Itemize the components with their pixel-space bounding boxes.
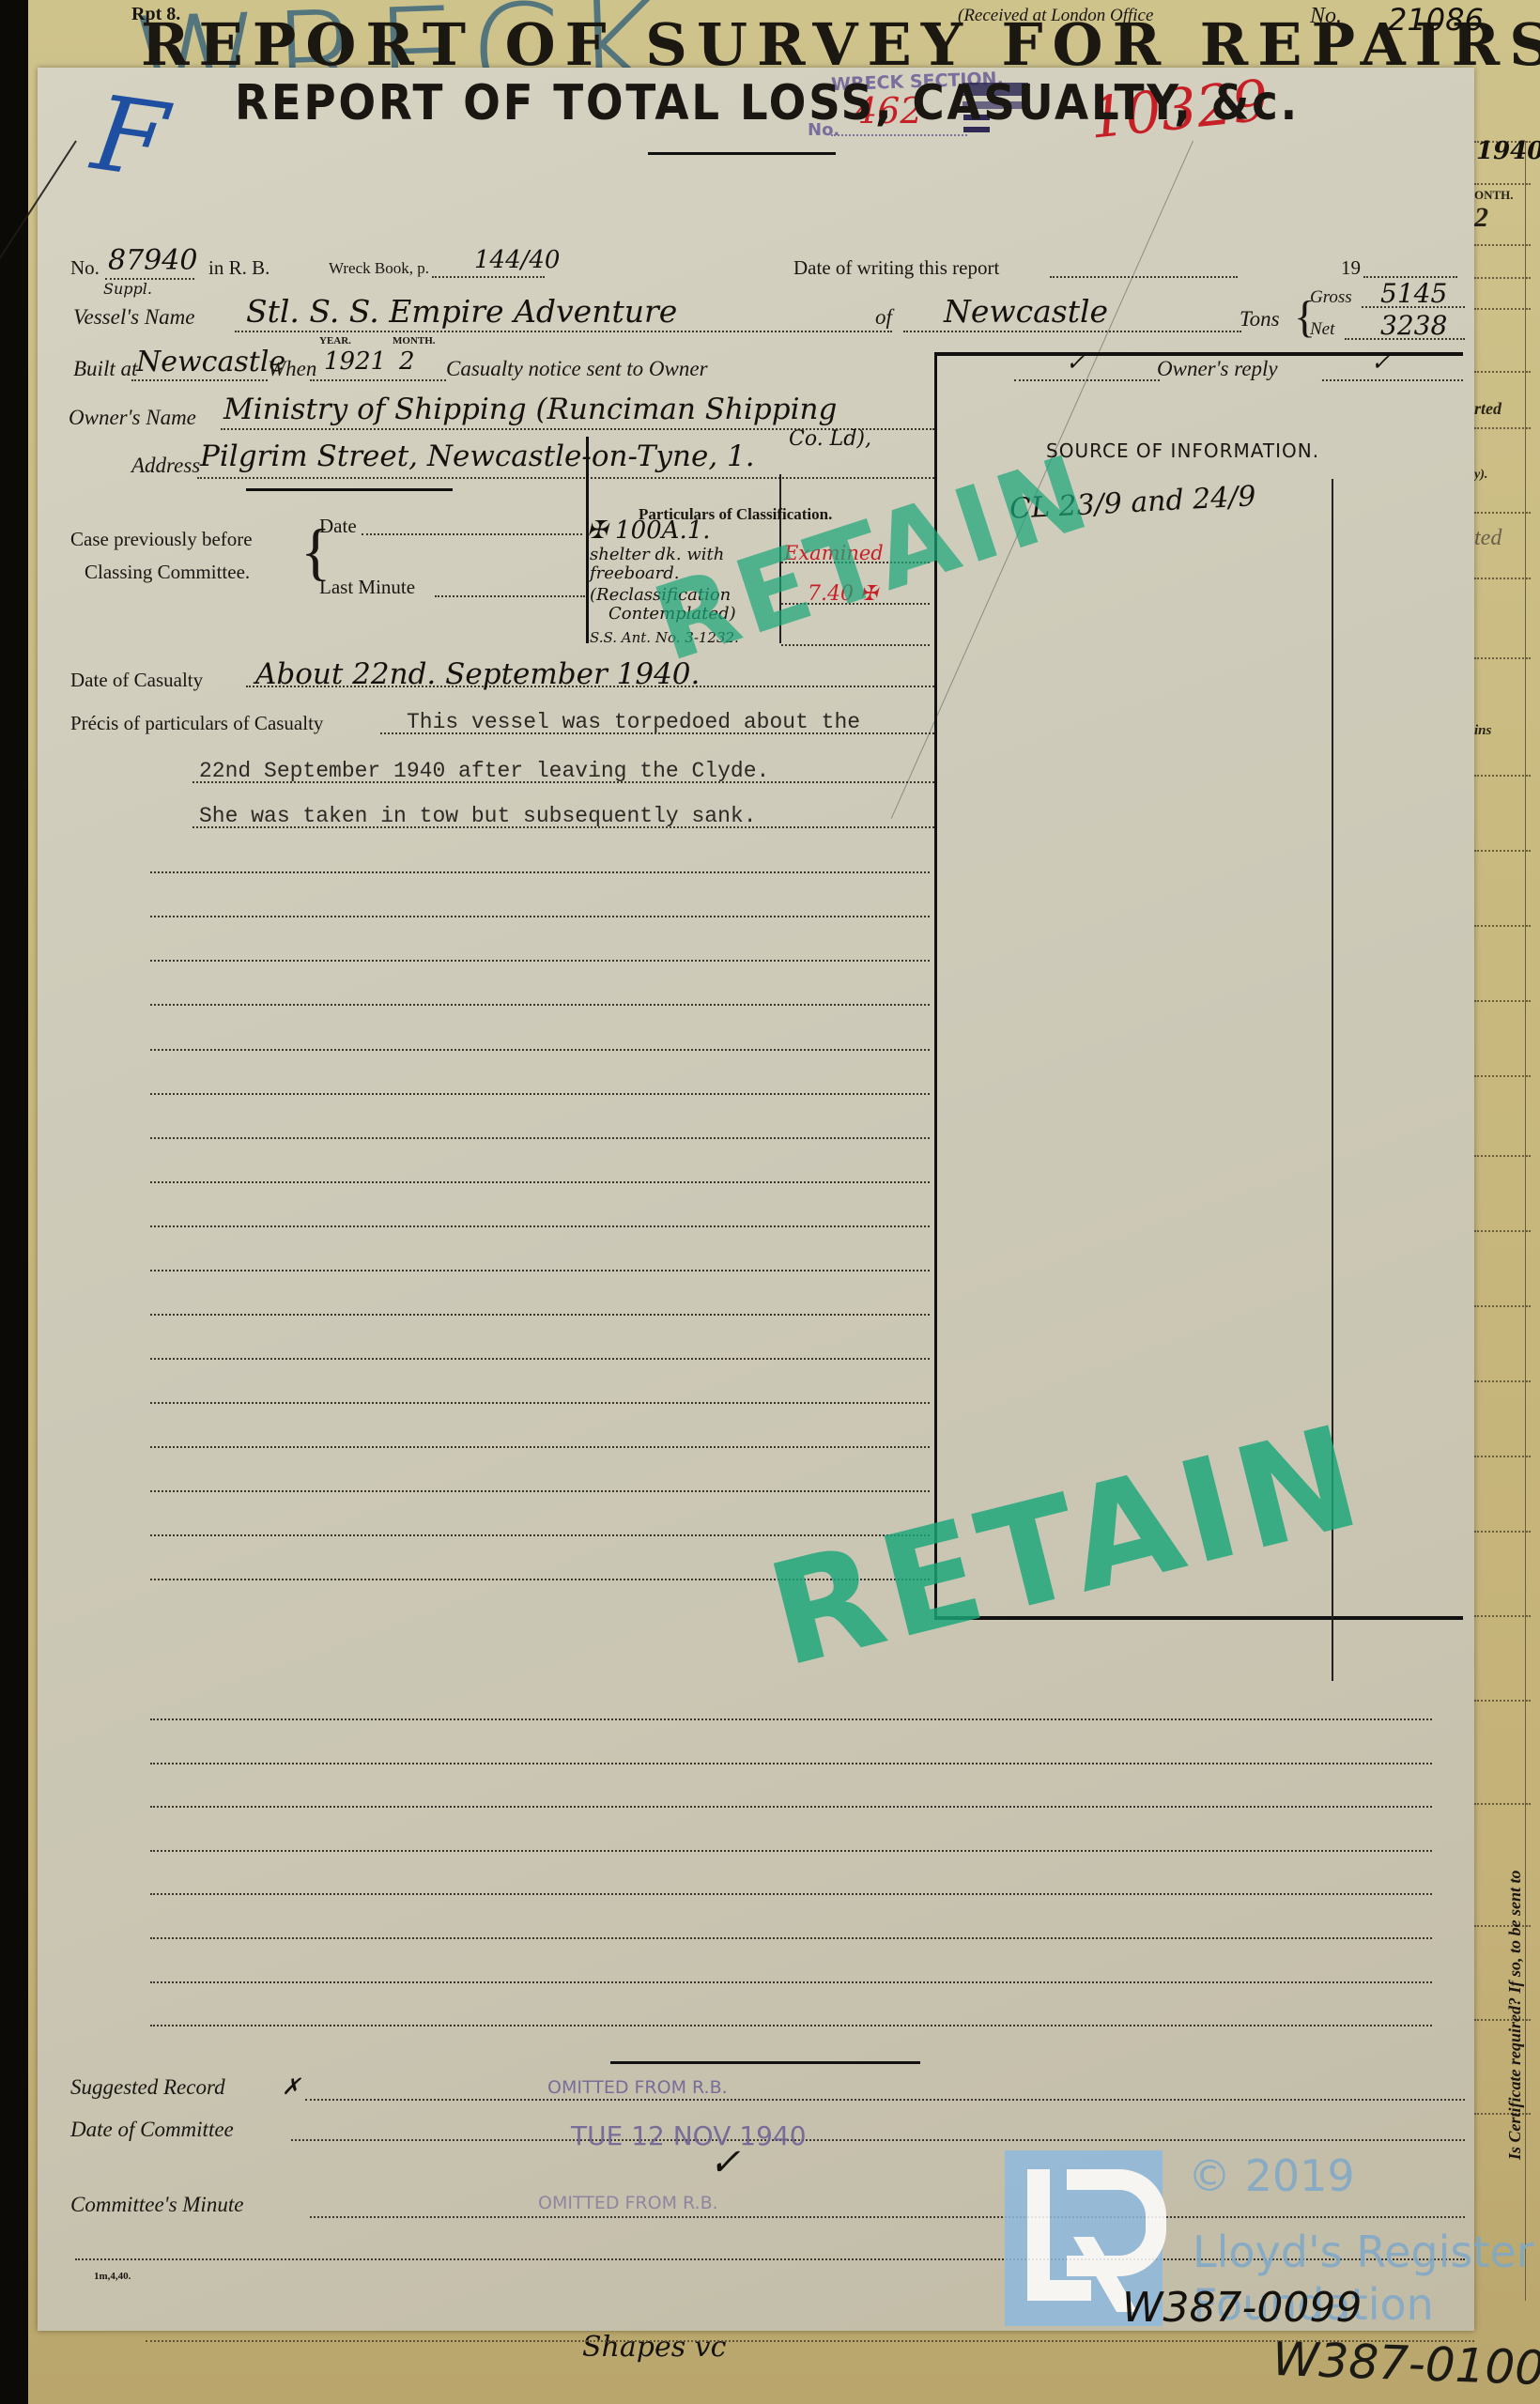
source-label: SOURCE OF INFORMATION. xyxy=(1046,439,1319,462)
strip-rule xyxy=(1474,1615,1531,1617)
back-number-label: No. xyxy=(1310,4,1342,29)
address-label: Address xyxy=(131,454,200,478)
strip-rule xyxy=(1474,1531,1531,1533)
committee-date-stamp: TUE 12 NOV 1940 xyxy=(571,2120,807,2151)
strip-fragment: ins xyxy=(1474,723,1491,739)
classing-date-label: Date xyxy=(319,515,357,538)
certificate-question-text: Is Certificate required? If so, to be se… xyxy=(1505,1871,1525,2161)
built-at-line xyxy=(131,379,268,381)
strip-month-label: ONTH. xyxy=(1474,188,1514,203)
net-label: Net xyxy=(1310,319,1334,340)
strip-fragment: y). xyxy=(1474,468,1487,483)
lr-logo-r xyxy=(1067,2169,1166,2276)
watermark-copyright: © 2019 xyxy=(1188,2150,1355,2201)
ruled-line xyxy=(150,1850,1432,1852)
ruled-line xyxy=(150,871,930,873)
ruled-line xyxy=(150,1981,1432,1983)
ruled-line xyxy=(150,916,930,917)
rb-suffix: in R. B. xyxy=(208,256,269,280)
ruled-line xyxy=(150,1093,930,1095)
ruled-line xyxy=(150,1806,1432,1808)
notice-label: Casualty notice sent to Owner xyxy=(446,357,708,381)
ruled-line xyxy=(150,1049,930,1051)
last-minute-label: Last Minute xyxy=(319,576,415,599)
built-at-label: Built at xyxy=(73,357,137,381)
section-rule xyxy=(610,2061,920,2064)
wreck-section-no-line xyxy=(831,134,967,136)
strip-year: 1940. xyxy=(1476,137,1540,165)
strip-rule xyxy=(1474,1700,1531,1702)
received-label: (Received at London Office xyxy=(958,6,1153,26)
date-writing-line xyxy=(1050,276,1238,278)
back-number: 21086. xyxy=(1388,2,1493,38)
strip-rule xyxy=(1474,1155,1531,1157)
certificate-question: Is Certificate required? If so, to be se… xyxy=(1502,1784,1531,2160)
built-year: 1921 xyxy=(324,347,386,376)
strip-fragment: ted xyxy=(1474,526,1501,551)
date-writing-year: 19 xyxy=(1341,256,1361,280)
class-mark: ✠ 100A.1. xyxy=(587,516,711,545)
ruled-line xyxy=(150,1937,1432,1939)
strip-rule xyxy=(1474,1305,1531,1307)
net-tonnage: 3238 xyxy=(1380,310,1447,341)
precis-line-1: This vessel was torpedoed about the xyxy=(407,710,860,734)
strip-rule xyxy=(1474,775,1531,777)
port-of-registry: Newcastle xyxy=(944,293,1108,330)
precis-label: Précis of particulars of Casualty xyxy=(70,712,323,735)
committee-minute-line xyxy=(310,2216,1465,2218)
ruled-line xyxy=(150,1358,930,1360)
gross-tonnage: 5145 xyxy=(1380,278,1447,309)
strip-rule xyxy=(1474,925,1531,927)
built-month: 2 xyxy=(399,347,415,376)
strip-rule xyxy=(1474,1380,1531,1382)
owner-name-label: Owner's Name xyxy=(69,406,196,430)
owner-underline xyxy=(246,488,453,491)
suggested-record-label: Suggested Record xyxy=(70,2075,225,2100)
ruled-line xyxy=(150,1004,930,1006)
when-line xyxy=(310,379,446,381)
archive-ref: W387-0099 xyxy=(1122,2284,1362,2332)
owner-name: Ministry of Shipping (Runciman Shipping xyxy=(223,393,837,426)
committee-minute-label: Committee's Minute xyxy=(70,2193,243,2217)
ruled-line xyxy=(150,2025,1432,2026)
suggested-record-mark: ✗ xyxy=(282,2073,300,2100)
date-committee-line xyxy=(291,2139,1465,2141)
classing-date-line xyxy=(362,533,582,535)
strip-rule xyxy=(1474,1456,1531,1457)
ruled-line xyxy=(150,1893,1432,1895)
ruled-line xyxy=(150,1402,930,1404)
strip-rule xyxy=(1474,1230,1531,1232)
strip-rule xyxy=(1474,578,1531,579)
back-bottom-rule xyxy=(146,2340,1474,2342)
tons-label: Tons xyxy=(1240,307,1280,331)
ruled-line xyxy=(150,1314,930,1316)
last-minute-line xyxy=(435,595,585,597)
precis-line-3: She was taken in tow but subsequently sa… xyxy=(199,804,757,828)
watermark-org-line-1: Lloyd's Register xyxy=(1193,2226,1534,2278)
suggested-record-line xyxy=(305,2099,1465,2101)
wreck-book-label: Wreck Book, p. xyxy=(329,259,429,278)
date-committee-label: Date of Committee xyxy=(70,2118,234,2142)
committee-check: ✓ xyxy=(709,2141,741,2184)
ruled-line xyxy=(150,1490,930,1492)
date-writing-label: Date of writing this report xyxy=(793,256,999,280)
strip-rule xyxy=(1474,308,1531,310)
print-code: 1m,4,40. xyxy=(94,2271,131,2282)
vessel-name-line xyxy=(235,331,892,332)
ruled-line xyxy=(150,1270,930,1271)
title-underline xyxy=(648,152,836,155)
when-label: When xyxy=(268,357,316,381)
ruled-line xyxy=(150,1763,1432,1764)
strip-rule xyxy=(1474,427,1531,429)
ruled-line xyxy=(150,960,930,962)
strip-month: 2 xyxy=(1474,202,1488,234)
suppl-note: Suppl. xyxy=(103,280,152,298)
strip-rule xyxy=(1474,512,1531,514)
month-label: MONTH. xyxy=(393,335,436,347)
rb-number: 87940 xyxy=(108,244,197,277)
strip-rule xyxy=(1474,657,1531,659)
ruled-line xyxy=(150,1718,1432,1720)
strip-rule xyxy=(1474,183,1531,185)
ruled-line xyxy=(150,1181,930,1183)
strip-rule xyxy=(1474,244,1531,246)
omitted-stamp: OMITTED FROM R.B. xyxy=(538,2193,718,2213)
vessel-name: Stl. S. S. Empire Adventure xyxy=(246,293,677,330)
date-of-casualty: About 22nd. September 1940. xyxy=(255,657,700,691)
page-title: REPORT OF TOTAL LOSS, CASUALTY, &c. xyxy=(235,75,1300,131)
wreck-book-line xyxy=(432,276,545,278)
back-bottom-script: Shapes vc xyxy=(582,2331,726,2364)
port-line xyxy=(903,331,1241,332)
ruled-line xyxy=(150,1225,930,1227)
ruled-line xyxy=(150,1446,930,1448)
strip-rule xyxy=(1474,1000,1531,1002)
vessel-name-label: Vessel's Name xyxy=(73,305,195,330)
class-bottom-line xyxy=(781,644,930,646)
omitted-stamp: OMITTED FROM R.B. xyxy=(547,2077,728,2098)
lr-logo-l-base xyxy=(1027,2280,1091,2301)
case-label-2: Classing Committee. xyxy=(85,561,250,584)
gross-label: Gross xyxy=(1310,287,1352,308)
rb-no-label: No. xyxy=(70,256,100,280)
built-at: Newcastle xyxy=(136,346,285,378)
wreck-book-page: 144/40 xyxy=(474,246,560,274)
strip-rule xyxy=(1474,850,1531,852)
strip-rule xyxy=(1474,277,1531,279)
ruled-line xyxy=(150,1137,930,1139)
precis-line-2: 22nd September 1940 after leaving the Cl… xyxy=(199,759,769,783)
date-casualty-label: Date of Casualty xyxy=(70,669,203,692)
year-label: YEAR. xyxy=(319,335,351,347)
strip-rule xyxy=(1474,371,1531,373)
strip-fragment: rted xyxy=(1474,399,1501,419)
port-label: of xyxy=(875,305,892,330)
strip-rule xyxy=(1474,1075,1531,1077)
case-label-1: Case previously before xyxy=(70,528,253,551)
